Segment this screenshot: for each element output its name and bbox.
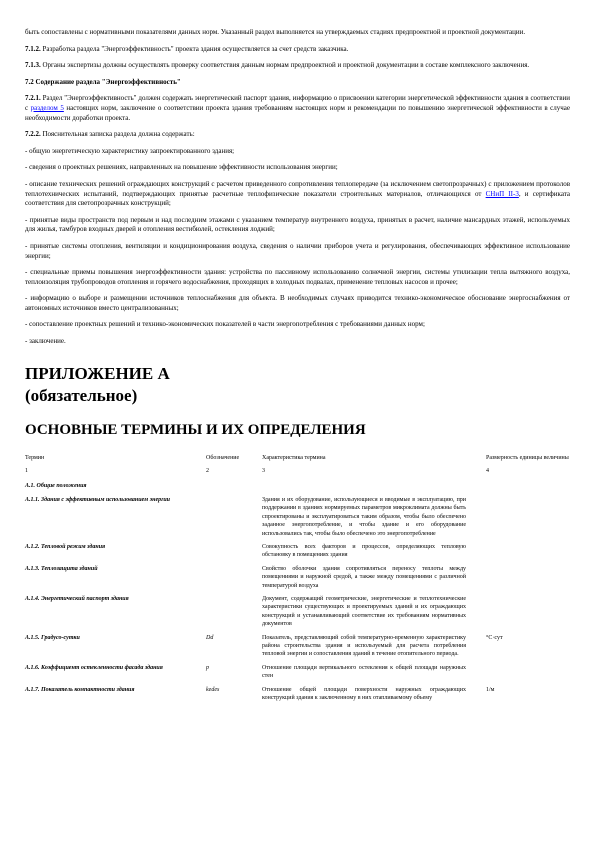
symbol-cell [206,595,256,629]
column-number-cell: 3 [262,467,480,475]
definition-cell: Отношение общей площади поверхности нару… [262,686,480,703]
symbol-cell: kedes [206,686,256,703]
unit-cell: °С·сут [486,634,570,659]
table-row: А.1.6. Коэффициент остекленности фасада … [25,664,570,681]
unit-cell [486,664,570,681]
column-number-cell: 4 [486,467,570,475]
table-row: А.1.7. Показатель компактности зданияked… [25,686,570,703]
paragraph: - общую энергетическую характеристику за… [25,147,570,157]
paragraph-text: - принятые системы отопления, вентиляции… [25,242,570,260]
table-row: А.1.4. Энергетический паспорт зданияДоку… [25,595,570,629]
paragraph: быть сопоставлены с нормативными показат… [25,28,570,38]
paragraph: - заключение. [25,337,570,347]
symbol-cell [206,565,256,590]
paragraph: 7.2 Содержание раздела "Энергоэффективно… [25,78,570,88]
paragraph: 7.2.2. Пояснительная записка раздела дол… [25,130,570,140]
table-header-cell: Термин [25,454,200,462]
paragraph: 7.2.1. Раздел "Энергоэффективность" долж… [25,94,570,123]
clause-number: 7.2 Содержание раздела "Энергоэффективно… [25,78,181,86]
clause-number: 7.2.1. [25,94,41,102]
table-header-cell: Обозначение [206,454,256,462]
paragraph: - специальные приемы повышения энергоэфф… [25,268,570,287]
paragraph: - сведения о проектных решениях, направл… [25,163,570,173]
term-cell: А.1.2. Тепловой режим здания [25,543,200,560]
symbol-cell [206,496,256,538]
unit-cell [486,595,570,629]
paragraph-text: - заключение. [25,337,66,345]
table-header-cell: Характеристика термина [262,454,480,462]
clause-number: 7.1.3. [25,61,41,69]
appendix-title: ПРИЛОЖЕНИЕ А (обязательное) [25,363,570,407]
inline-link[interactable]: разделом 5 [31,104,64,112]
table-row: А.1.5. Градусо-суткиDdПоказатель, предст… [25,634,570,659]
table-header-cell: Размерность единицы величины [486,454,570,462]
paragraph-text: Пояснительная записка раздела должна сод… [41,130,195,138]
terms-table: ТерминОбозначениеХарактеристика терминаР… [25,454,570,703]
appendix-section-title: ОСНОВНЫЕ ТЕРМИНЫ И ИХ ОПРЕДЕЛЕНИЯ [25,421,570,440]
paragraph-text: Органы экспертизы должны осуществлять пр… [41,61,529,69]
symbol-cell: p [206,664,256,681]
table-header-row: ТерминОбозначениеХарактеристика терминаР… [25,454,570,462]
paragraph: - принятые виды пространств под первым и… [25,216,570,235]
document-page: быть сопоставлены с нормативными показат… [0,0,595,842]
column-number-cell: 1 [25,467,200,475]
paragraph: - описание технических решений ограждающ… [25,180,570,209]
definition-cell: Здания и их оборудование, использующиеся… [262,496,480,538]
table-row: А.1.2. Тепловой режим зданияСовокупность… [25,543,570,560]
body-paragraphs: быть сопоставлены с нормативными показат… [25,28,570,347]
paragraph-text: - общую энергетическую характеристику за… [25,147,234,155]
column-number-cell: 2 [206,467,256,475]
table-row: А.1.3. Теплозащита зданийСвойство оболоч… [25,565,570,590]
appendix-title-line1: ПРИЛОЖЕНИЕ А [25,364,170,383]
paragraph-text: быть сопоставлены с нормативными показат… [25,28,525,36]
section-label-cell: А.1. Общие положения [25,482,200,490]
term-cell: А.1.3. Теплозащита зданий [25,565,200,590]
term-cell: А.1.5. Градусо-сутки [25,634,200,659]
table-column-numbers-row: 1234 [25,467,570,477]
term-cell: А.1.4. Энергетический паспорт здания [25,595,200,629]
paragraph-text: настоящих норм, заключение о соответстви… [25,104,570,122]
paragraph-text: - сведения о проектных решениях, направл… [25,163,338,171]
definition-cell: Отношение площади вертикального остеклен… [262,664,480,681]
symbol-cell: Dd [206,634,256,659]
definition-cell: Показатель, представляющий собой темпера… [262,634,480,659]
paragraph: - сопоставление проектных решений и техн… [25,320,570,330]
unit-cell [486,565,570,590]
unit-cell [486,543,570,560]
paragraph-text: - сопоставление проектных решений и техн… [25,320,425,328]
definition-cell: Свойство оболочки здания сопротивляться … [262,565,480,590]
term-cell: А.1.6. Коэффициент остекленности фасада … [25,664,200,681]
paragraph: 7.1.2. Разработка раздела "Энергоэффекти… [25,45,570,55]
paragraph: - информацию о выборе и размещении источ… [25,294,570,313]
paragraph: - принятые системы отопления, вентиляции… [25,242,570,261]
definition-cell: Документ, содержащий геометрические, эне… [262,595,480,629]
inline-link[interactable]: СНиП II-3 [486,190,519,198]
clause-number: 7.2.2. [25,130,41,138]
paragraph-text: - принятые виды пространств под первым и… [25,216,570,234]
definition-cell: Совокупность всех факторов и процессов, … [262,543,480,560]
symbol-cell [206,543,256,560]
term-cell: А.1.1. Здания с эффективным использовани… [25,496,200,538]
paragraph-text: - информацию о выборе и размещении источ… [25,294,570,312]
unit-cell: 1/м [486,686,570,703]
paragraph-text: Разработка раздела "Энергоэффективность"… [41,45,349,53]
unit-cell [486,496,570,538]
appendix-title-line2: (обязательное) [25,386,137,405]
term-cell: А.1.7. Показатель компактности здания [25,686,200,703]
table-row: А.1.1. Здания с эффективным использовани… [25,496,570,538]
table-section-row: А.1. Общие положения [25,482,570,490]
paragraph: 7.1.3. Органы экспертизы должны осуществ… [25,61,570,71]
paragraph-text: - специальные приемы повышения энергоэфф… [25,268,570,286]
clause-number: 7.1.2. [25,45,41,53]
